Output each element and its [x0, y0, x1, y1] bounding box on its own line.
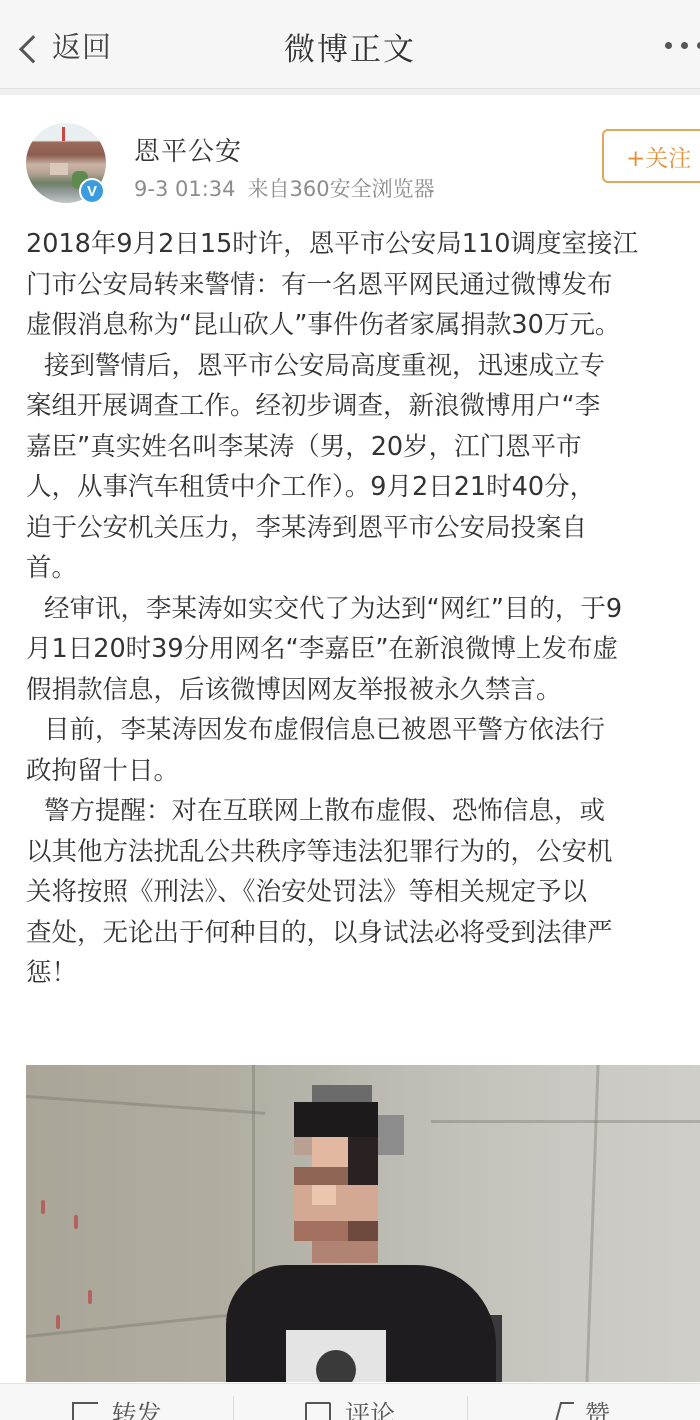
wall-stain	[41, 1200, 45, 1214]
post-text-line: 关将按照《刑法》、《治安处罚法》等相关规定予以	[26, 872, 700, 913]
more-dots-icon[interactable]	[665, 42, 700, 49]
author-name[interactable]: 恩平公安	[134, 131, 242, 168]
dot	[665, 42, 672, 49]
post-text-line: 首。	[26, 548, 700, 589]
wall-seam	[431, 1120, 700, 1123]
follow-button[interactable]: +关注	[602, 129, 700, 183]
flag-shape	[62, 127, 65, 141]
like-label: 赞	[585, 1402, 610, 1420]
post-text-line: 以其他方法扰乱公共秩序等违法犯罪行为的，公安机	[26, 832, 700, 873]
dot	[681, 42, 688, 49]
post-text-line: 月1日20时39分用网名“李嘉臣”在新浪微博上发布虚	[26, 629, 700, 670]
post-time: 9-3 01:34	[134, 177, 236, 201]
thumbs-up-icon	[554, 1402, 574, 1420]
post-text-line: 嘉臣”真实姓名叫李某涛（男，20岁，江门恩平市	[26, 427, 700, 468]
post-text-line: 门市公安局转来警情：有一名恩平网民通过微博发布	[26, 265, 700, 306]
comment-button[interactable]: 评论	[233, 1384, 466, 1420]
verified-badge-icon: V	[79, 178, 105, 204]
wall-stain	[74, 1215, 78, 1229]
post-text-line: 虚假消息称为“昆山砍人”事件伤者家属捐款30万元。	[26, 305, 700, 346]
repost-label: 转发	[112, 1402, 162, 1420]
wall-stain	[88, 1290, 92, 1304]
post-text-line: 政拘留十日。	[26, 751, 700, 792]
wall-stain	[56, 1315, 60, 1329]
comment-icon	[305, 1402, 331, 1420]
author-header: V 恩平公安 9-3 01:34来自360安全浏览器 +关注	[0, 95, 700, 215]
post-text-line: 假捐款信息，后该微博因网友举报被永久禁言。	[26, 670, 700, 711]
post-text-line: 人，从事汽车租赁中介工作）。9月2日21时40分，	[26, 467, 700, 508]
face-mosaic	[294, 1085, 406, 1265]
repost-icon	[72, 1402, 98, 1420]
wall-seam	[585, 1065, 599, 1382]
post-text-line: 警方提醒：对在互联网上散布虚假、恐怖信息，或	[26, 791, 700, 832]
post-source: 来自360安全浏览器	[248, 177, 435, 201]
post-meta: 9-3 01:34来自360安全浏览器	[134, 173, 435, 203]
post-text-line: 经审讯，李某涛如实交代了为达到“网红”目的，于9	[26, 589, 700, 630]
post-text-line: 惩！	[26, 953, 700, 994]
post-text-line: 案组开展调查工作。经初步调查，新浪微博用户“李	[26, 386, 700, 427]
post-text-line: 目前，李某涛因发布虚假信息已被恩平警方依法行	[26, 710, 700, 751]
like-button[interactable]: 赞	[467, 1384, 700, 1420]
post-text-line: 接到警情后，恩平市公安局高度重视，迅速成立专	[26, 346, 700, 387]
shirt-print	[286, 1330, 386, 1382]
top-navbar: 返回 微博正文	[0, 0, 700, 89]
bottom-action-bar: 转发 评论 赞	[0, 1383, 700, 1420]
post-text-line: 查处，无论出于何种目的，以身试法必将受到法律严	[26, 913, 700, 954]
post-text-line: 迫于公安机关压力，李某涛到恩平市公安局投案自	[26, 508, 700, 549]
wall-seam	[26, 1095, 265, 1115]
post-body: 2018年9月2日15时许，恩平市公安局110调度室接江门市公安局转来警情：有一…	[26, 224, 700, 994]
repost-button[interactable]: 转发	[0, 1384, 233, 1420]
building-shape	[50, 163, 68, 175]
comment-label: 评论	[345, 1402, 395, 1420]
page-title: 微博正文	[0, 24, 700, 69]
post-text-line: 2018年9月2日15时许，恩平市公安局110调度室接江	[26, 224, 700, 265]
post-image[interactable]	[26, 1065, 700, 1382]
